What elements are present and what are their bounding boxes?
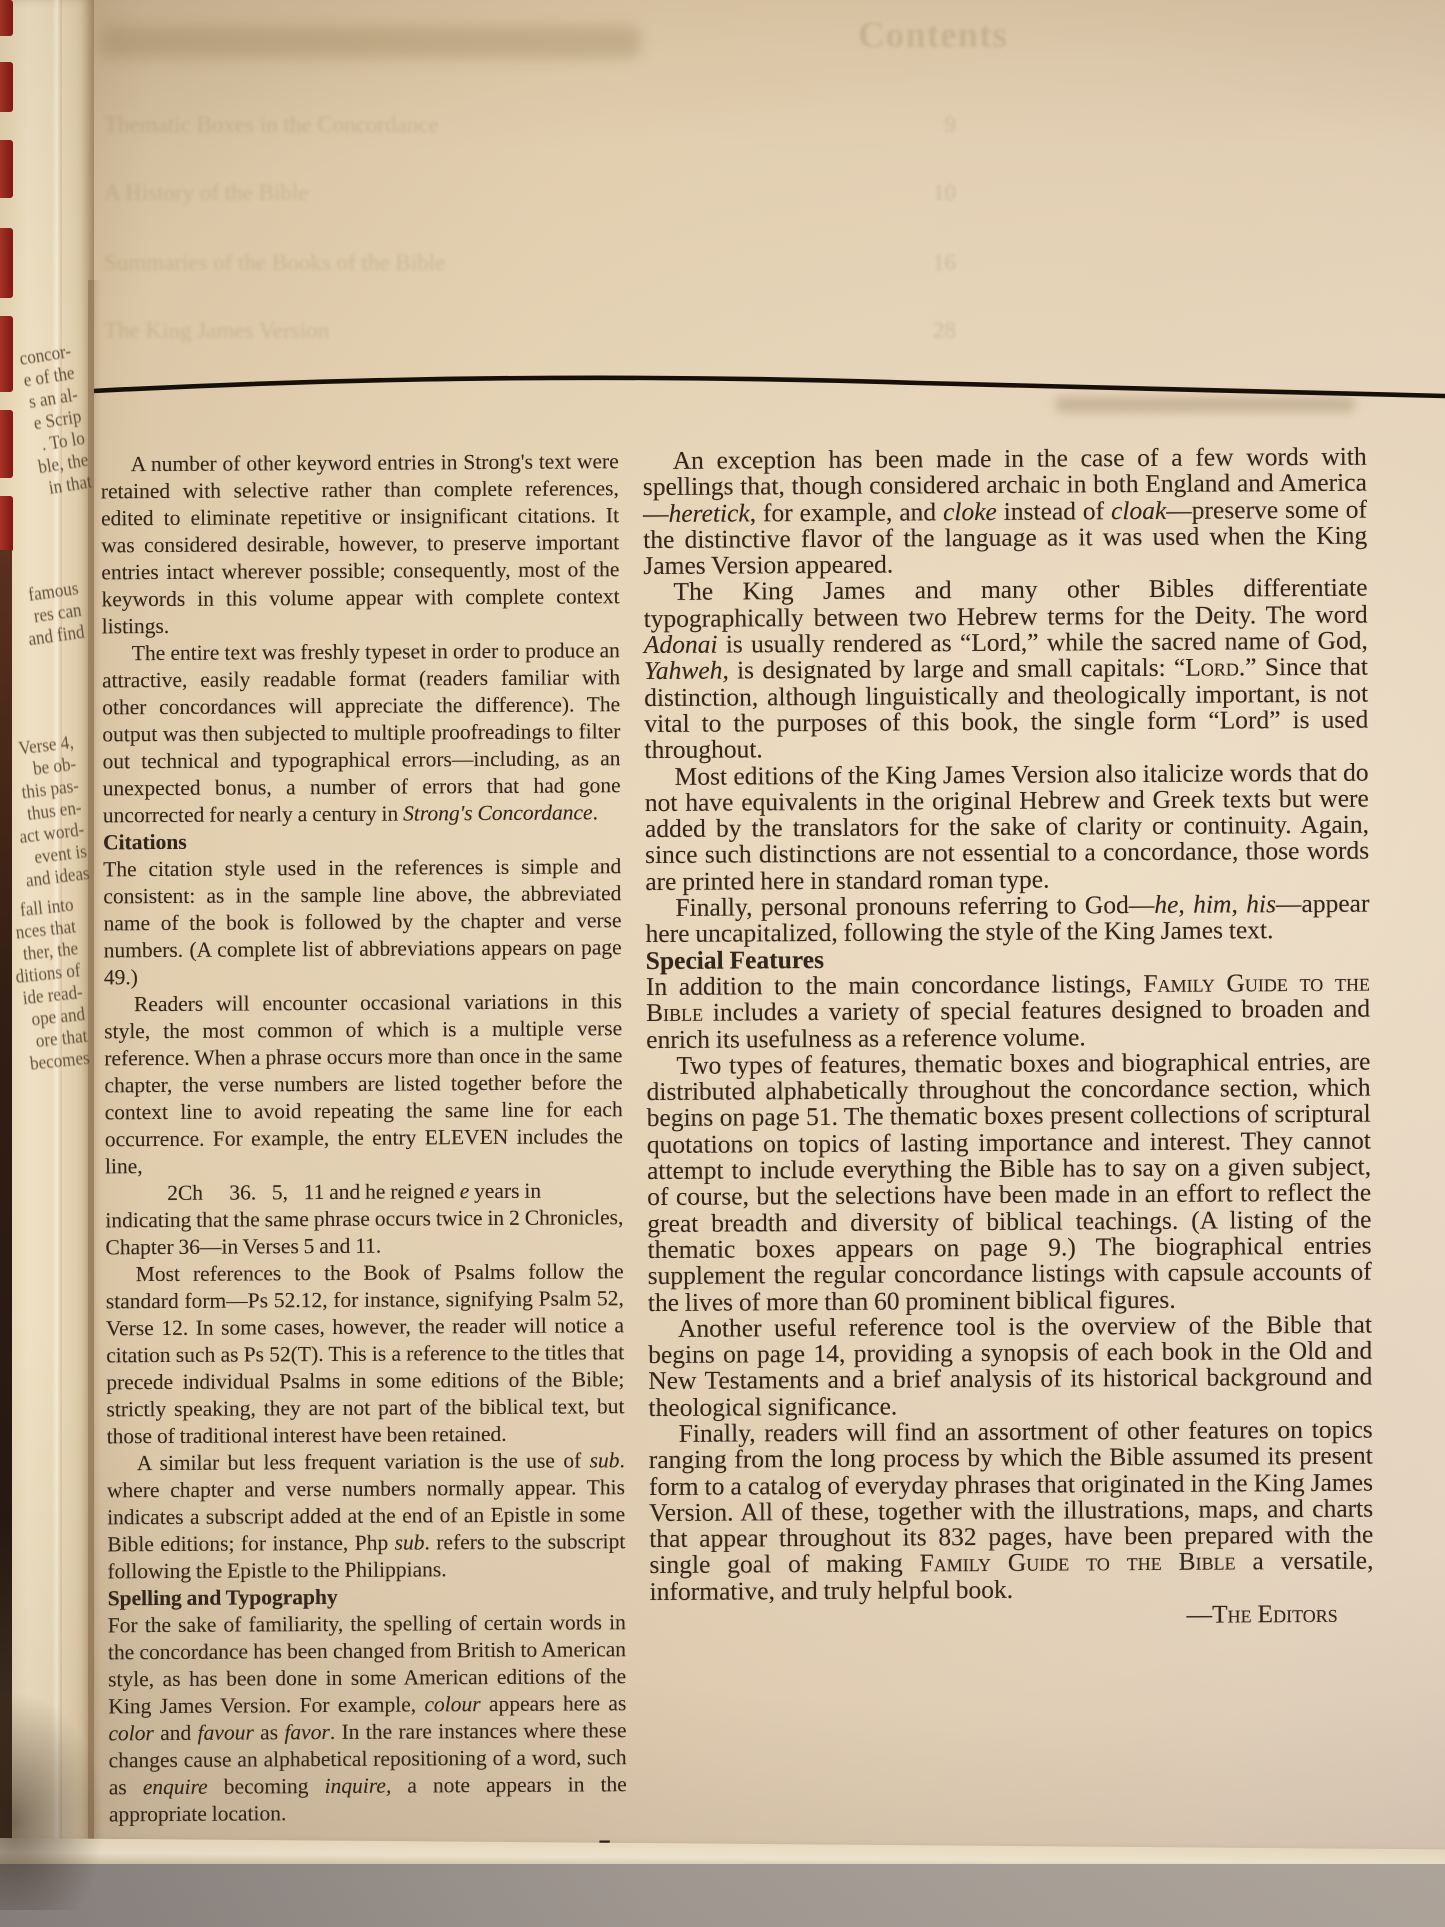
bottom-left-shadow [0, 1690, 140, 1910]
para: A number of other keyword entries in Str… [101, 448, 620, 640]
cover-red-segment [0, 410, 13, 478]
para: Most references to the Book of Psalms fo… [106, 1258, 625, 1450]
para: Another useful reference tool is the ove… [648, 1311, 1373, 1421]
table-surface [0, 1864, 1445, 1927]
section-heading: Spelling and Typography [108, 1582, 626, 1612]
section-heading: Citations [103, 826, 621, 856]
cover-red-segment [0, 62, 13, 112]
para: For the sake of familiarity, the spellin… [108, 1609, 627, 1828]
para: In addition to the main concordance list… [646, 970, 1370, 1053]
left-column: A number of other keyword entries in Str… [101, 448, 627, 1828]
sample: 2Ch 36. 5, 11 and he reigned e years in [105, 1177, 623, 1207]
para: An exception has been made in the case o… [643, 444, 1368, 580]
para: The entire text was freshly typeset in o… [102, 637, 621, 829]
edge-fragment-group: famousres canand find [2, 578, 86, 654]
para: indicating that the same phrase occurs t… [105, 1204, 623, 1261]
cover-red-segment [0, 228, 13, 298]
cover-red-segment [0, 140, 13, 198]
para: Finally, personal pronouns referring to … [645, 891, 1369, 948]
para: A similar but less frequent variation is… [107, 1447, 626, 1585]
signature: —The Editors [650, 1601, 1374, 1632]
text-columns: A number of other keyword entries in Str… [0, 0, 1445, 1927]
para: The King James and many other Bibles dif… [643, 575, 1368, 763]
cover-red-segment [0, 496, 13, 552]
para: Most editions of the King James Version … [645, 759, 1370, 895]
para: Finally, readers will find an assortment… [649, 1417, 1374, 1605]
cover-red-segment [0, 316, 13, 392]
right-column: An exception has been made in the case o… [643, 444, 1374, 1632]
spine-shadow [0, 550, 12, 1840]
para: Readers will encounter occasional variat… [104, 988, 623, 1180]
para: Two types of features, thematic boxes an… [646, 1048, 1372, 1315]
cover-red-segment [0, 0, 13, 36]
book-photo: Contents Thematic Boxes in the Concordan… [0, 0, 1445, 1927]
para: The citation style used in the reference… [103, 853, 622, 991]
